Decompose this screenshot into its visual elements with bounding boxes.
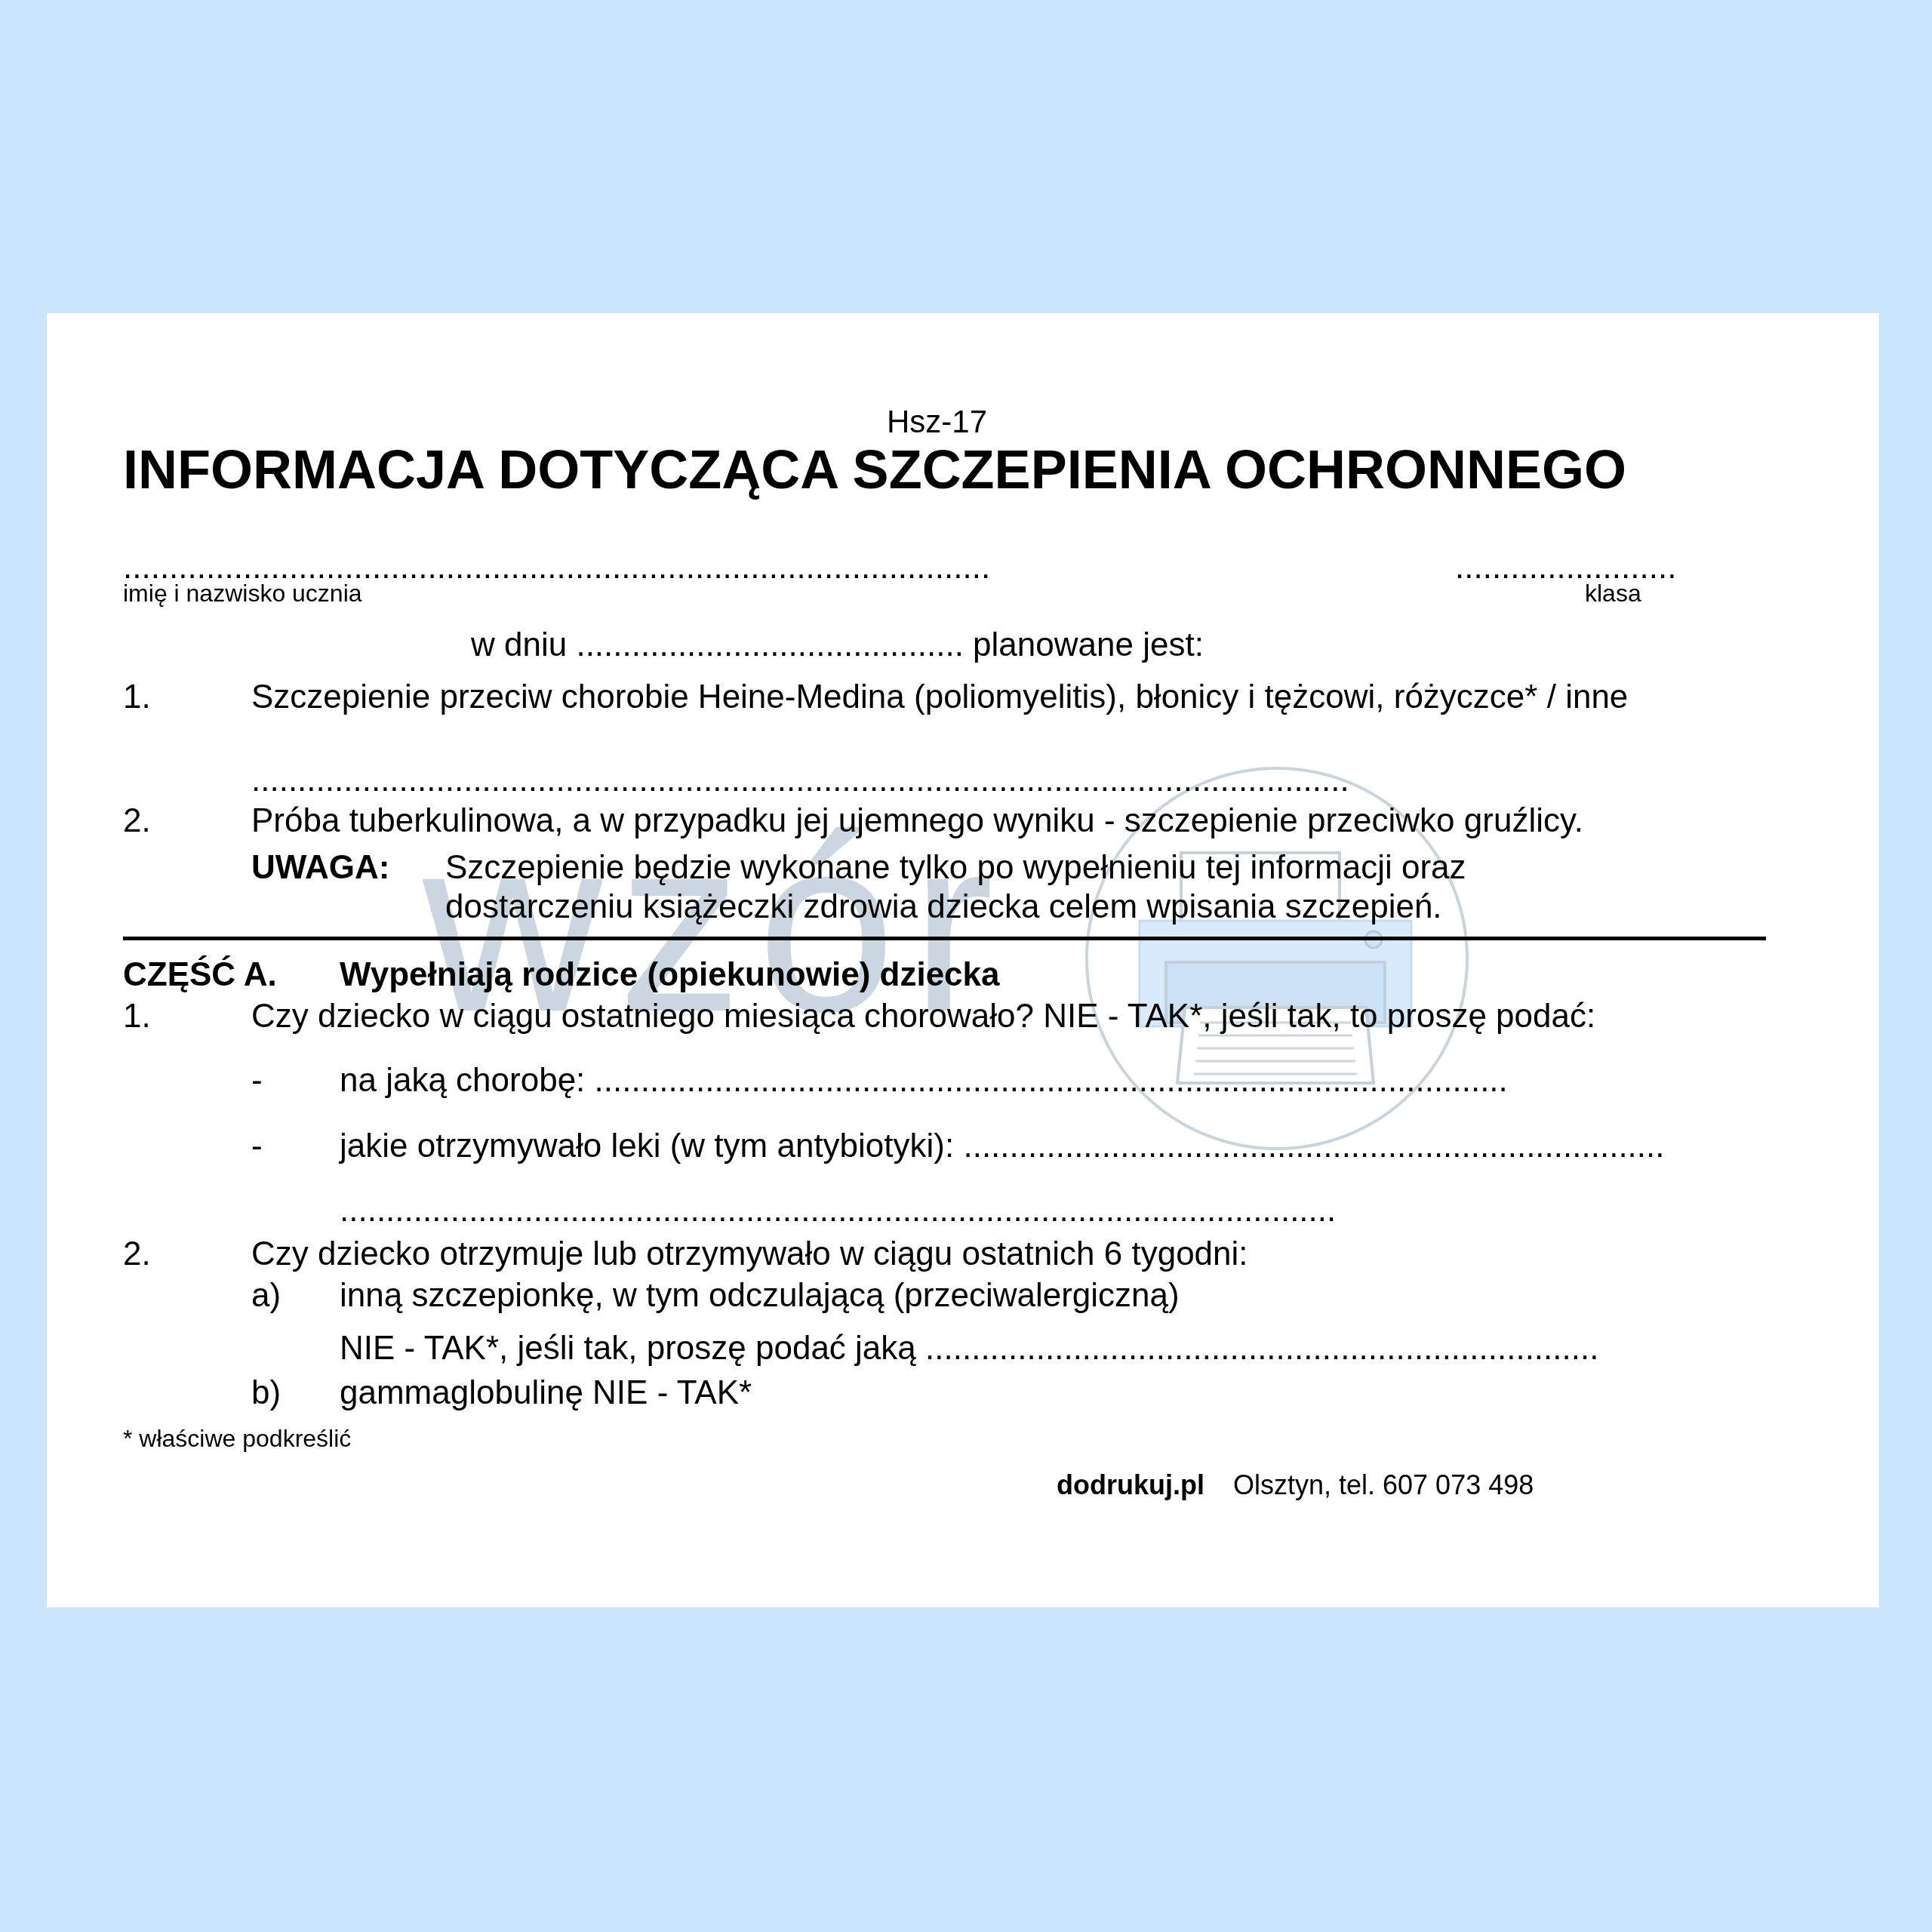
planned-item-1-number: 1. bbox=[123, 681, 151, 714]
q1-item-2-text: jakie otrzymywało leki (w tym antybiotyk… bbox=[340, 1128, 954, 1164]
date-suffix: planowane jest: bbox=[973, 626, 1204, 663]
planned-item-1-text: Szczepienie przeciw chorobie Heine-Medin… bbox=[251, 681, 1628, 714]
notice-line-2: dostarczeniu książeczki zdrowia dziecka … bbox=[445, 891, 1442, 924]
planned-item-2-text: Próba tuberkulinowa, a w przypadku jej u… bbox=[251, 804, 1583, 838]
q2-b-text: gammaglobulinę NIE - TAK* bbox=[340, 1377, 752, 1410]
q2-a-label: a) bbox=[251, 1279, 281, 1312]
medication-extra-field[interactable]: ........................................… bbox=[340, 1194, 1760, 1227]
part-a-heading: Wypełniają rodzice (opiekunowie) dziecka bbox=[340, 958, 1000, 992]
section-divider bbox=[123, 937, 1766, 940]
planned-item-2-number: 2. bbox=[123, 804, 151, 838]
q2-a-followup-text: NIE - TAK*, jeśli tak, proszę podać jaką bbox=[340, 1330, 916, 1367]
page-title: INFORMACJA DOTYCZĄCA SZCZEPIENIA OCHRONN… bbox=[123, 443, 1626, 497]
q1-item-2-bullet: - bbox=[251, 1130, 263, 1163]
publisher-brand: dodrukuj.pl bbox=[1057, 1469, 1204, 1500]
q1-number: 1. bbox=[123, 1000, 151, 1033]
q2-text: Czy dziecko otrzymuje lub otrzymywało w … bbox=[251, 1238, 1248, 1271]
planned-item-1-other-field[interactable]: ........................................… bbox=[251, 764, 1761, 797]
footnote: * właściwe podkreślić bbox=[123, 1426, 351, 1451]
student-name-label: imię i nazwisko ucznia bbox=[123, 581, 362, 605]
date-prefix: w dniu bbox=[471, 626, 567, 663]
student-class-label: klasa bbox=[1585, 581, 1641, 605]
disease-field[interactable]: ........................................… bbox=[595, 1062, 1508, 1099]
notice-label: UWAGA: bbox=[251, 851, 389, 884]
q1-text: Czy dziecko w ciągu ostatniego miesiąca … bbox=[251, 1000, 1595, 1033]
date-field[interactable]: ........................................… bbox=[576, 626, 963, 663]
part-a-label: CZĘŚĆ A. bbox=[123, 958, 277, 992]
date-line: w dniu .................................… bbox=[471, 629, 1204, 662]
notice-line-1: Szczepienie będzie wykonane tylko po wyp… bbox=[445, 851, 1466, 884]
form-code: Hsz-17 bbox=[887, 406, 987, 438]
q2-number: 2. bbox=[123, 1238, 151, 1271]
q1-item-1: na jaką chorobę: .......................… bbox=[340, 1064, 1508, 1097]
q1-item-1-bullet: - bbox=[251, 1064, 263, 1097]
q1-item-1-text: na jaką chorobę: bbox=[340, 1062, 585, 1099]
q2-a-followup: NIE - TAK*, jeśli tak, proszę podać jaką… bbox=[340, 1332, 1598, 1365]
medication-field[interactable]: ........................................… bbox=[963, 1128, 1664, 1164]
q2-a-text: inną szczepionkę, w tym odczulającą (prz… bbox=[340, 1279, 1180, 1312]
q2-b-label: b) bbox=[251, 1377, 281, 1410]
q1-item-2: jakie otrzymywało leki (w tym antybiotyk… bbox=[340, 1130, 1665, 1163]
vaccine-field[interactable]: ........................................… bbox=[925, 1330, 1598, 1367]
publisher-contact: Olsztyn, tel. 607 073 498 bbox=[1233, 1469, 1534, 1500]
publisher-footer: dodrukuj.pl Olsztyn, tel. 607 073 498 bbox=[1057, 1472, 1534, 1499]
